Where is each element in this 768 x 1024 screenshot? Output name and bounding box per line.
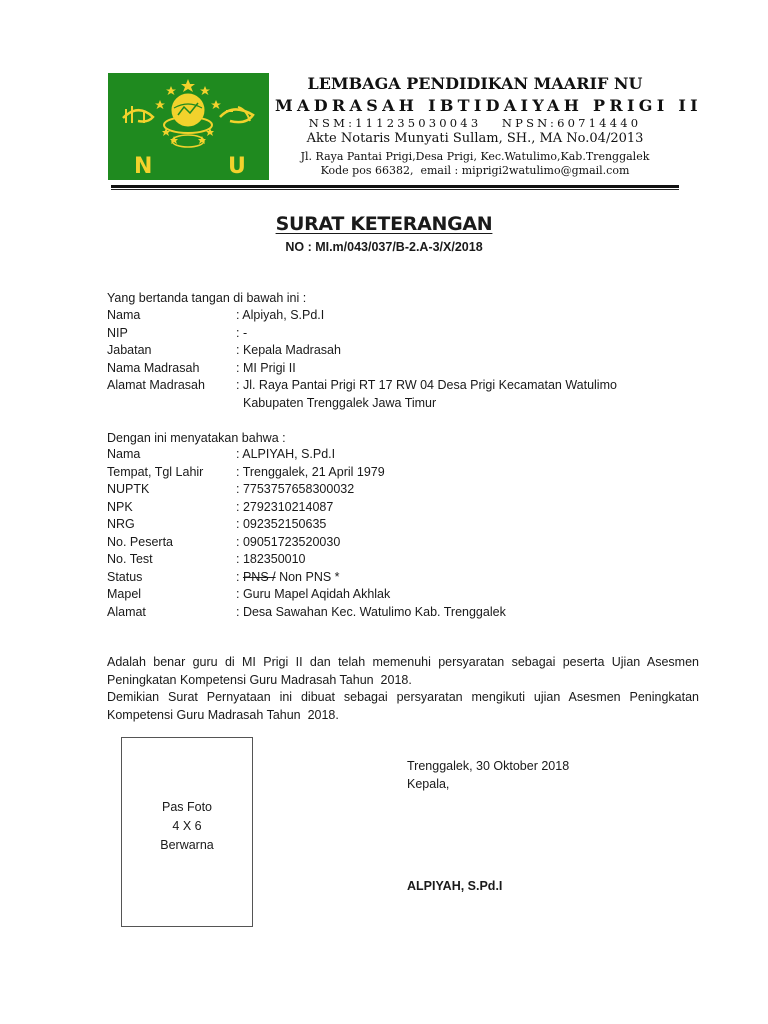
status-prefix: :	[236, 570, 243, 584]
field-label: Status	[107, 570, 142, 584]
signature-place-date: Trenggalek, 30 Oktober 2018	[407, 758, 569, 776]
field-label: NRG	[107, 517, 135, 531]
paragraph-line: Demikian Surat Pernyataan ini dibuat seb…	[107, 689, 699, 707]
field-value: : Jl. Raya Pantai Prigi RT 17 RW 04 Desa…	[236, 378, 617, 392]
letterhead-divider-thin	[111, 189, 679, 190]
field-label: Mapel	[107, 587, 141, 601]
paragraph-line: Kompetensi Guru Madrasah Tahun 2018.	[107, 708, 339, 722]
field-value: : Guru Mapel Aqidah Akhlak	[236, 587, 390, 601]
notary-deed: Akte Notaris Munyati Sullam, SH., MA No.…	[275, 131, 675, 146]
subject-field-mapel: Mapel : Guru Mapel Aqidah Akhlak	[107, 587, 667, 605]
field-value: : 09051723520030	[236, 535, 340, 549]
letterhead-divider-thick	[111, 185, 679, 188]
subject-field-nuptk: NUPTK : 7753757658300032	[107, 482, 667, 500]
field-label: Nama Madrasah	[107, 361, 199, 375]
svg-text:N: N	[134, 154, 152, 179]
signature-name: ALPIYAH, S.Pd.I	[407, 878, 502, 896]
svg-text:U: U	[228, 154, 246, 179]
paragraph-line: Peningkatan Kompetensi Guru Madrasah Tah…	[107, 673, 412, 687]
field-value: : 2792310214087	[236, 500, 333, 514]
signer-address-continuation: Kabupaten Trenggalek Jawa Timur	[243, 395, 436, 413]
field-label: Alamat Madrasah	[107, 378, 205, 392]
signer-field-alamat-madrasah: Alamat Madrasah : Jl. Raya Pantai Prigi …	[107, 378, 667, 396]
status-selected-option: Non PNS *	[276, 570, 340, 584]
field-value: : 7753757658300032	[236, 482, 354, 496]
field-label: Nama	[107, 447, 140, 461]
photo-line: Berwarna	[122, 836, 252, 855]
signer-field-jabatan: Jabatan : Kepala Madrasah	[107, 343, 667, 361]
field-value: : PNS / Non PNS *	[236, 570, 340, 584]
subject-field-nama: Nama : ALPIYAH, S.Pd.I	[107, 447, 667, 465]
signer-intro: Yang bertanda tangan di bawah ini :	[107, 290, 306, 308]
subject-field-alamat: Alamat : Desa Sawahan Kec. Watulimo Kab.…	[107, 605, 667, 623]
subject-field-npk: NPK : 2792310214087	[107, 500, 667, 518]
field-value: : 092352150635	[236, 517, 326, 531]
nsm-npsn: NSM:111235030043 NPSN:60714440	[275, 116, 675, 130]
subject-field-no-peserta: No. Peserta : 09051723520030	[107, 535, 667, 553]
field-value: : Desa Sawahan Kec. Watulimo Kab. Trengg…	[236, 605, 506, 619]
institution-name: LEMBAGA PENDIDIKAN MAARIF NU	[275, 74, 675, 93]
postal-email: Kode pos 66382, email : miprigi2watulimo…	[275, 164, 675, 177]
field-label: Jabatan	[107, 343, 151, 357]
field-value: : Alpiyah, S.Pd.I	[236, 308, 324, 322]
subject-intro: Dengan ini menyatakan bahwa :	[107, 430, 286, 448]
subject-field-status: Status : PNS / Non PNS *	[107, 570, 667, 588]
nu-logo-icon: N U	[108, 73, 269, 180]
field-value: : ALPIYAH, S.Pd.I	[236, 447, 335, 461]
field-label: NUPTK	[107, 482, 149, 496]
field-label: No. Peserta	[107, 535, 173, 549]
signer-field-nama: Nama : Alpiyah, S.Pd.I	[107, 308, 667, 326]
closing-paragraph: Demikian Surat Pernyataan ini dibuat seb…	[107, 689, 699, 724]
school-name: MADRASAH IBTIDAIYAH PRIGI II	[275, 96, 675, 115]
field-label: NIP	[107, 326, 128, 340]
field-value: : Trenggalek, 21 April 1979	[236, 465, 385, 479]
field-label: No. Test	[107, 552, 153, 566]
document-title: SURAT KETERANGAN	[0, 213, 768, 235]
signer-field-nip: NIP : -	[107, 326, 667, 344]
school-address: Jl. Raya Pantai Prigi,Desa Prigi, Kec.Wa…	[275, 150, 675, 163]
photo-line: Pas Foto	[122, 798, 252, 817]
field-value: : -	[236, 326, 247, 340]
field-label: NPK	[107, 500, 133, 514]
document-number: NO : MI.m/043/037/B-2.A-3/X/2018	[0, 240, 768, 254]
subject-field-no-test: No. Test : 182350010	[107, 552, 667, 570]
status-struck-option: PNS /	[243, 570, 276, 584]
field-value: : MI Prigi II	[236, 361, 296, 375]
photo-instructions: Pas Foto 4 X 6 Berwarna	[122, 798, 252, 855]
signature-role: Kepala,	[407, 776, 449, 794]
field-label: Tempat, Tgl Lahir	[107, 465, 203, 479]
statement-paragraph: Adalah benar guru di MI Prigi II dan tel…	[107, 654, 699, 689]
field-label: Nama	[107, 308, 140, 322]
subject-field-ttl: Tempat, Tgl Lahir : Trenggalek, 21 April…	[107, 465, 667, 483]
field-value: : 182350010	[236, 552, 306, 566]
photo-placeholder-box: Pas Foto 4 X 6 Berwarna	[121, 737, 253, 927]
signer-field-nama-madrasah: Nama Madrasah : MI Prigi II	[107, 361, 667, 379]
field-label: Alamat	[107, 605, 146, 619]
paragraph-line: Adalah benar guru di MI Prigi II dan tel…	[107, 654, 699, 672]
photo-line: 4 X 6	[122, 817, 252, 836]
field-value: : Kepala Madrasah	[236, 343, 341, 357]
subject-field-nrg: NRG : 092352150635	[107, 517, 667, 535]
